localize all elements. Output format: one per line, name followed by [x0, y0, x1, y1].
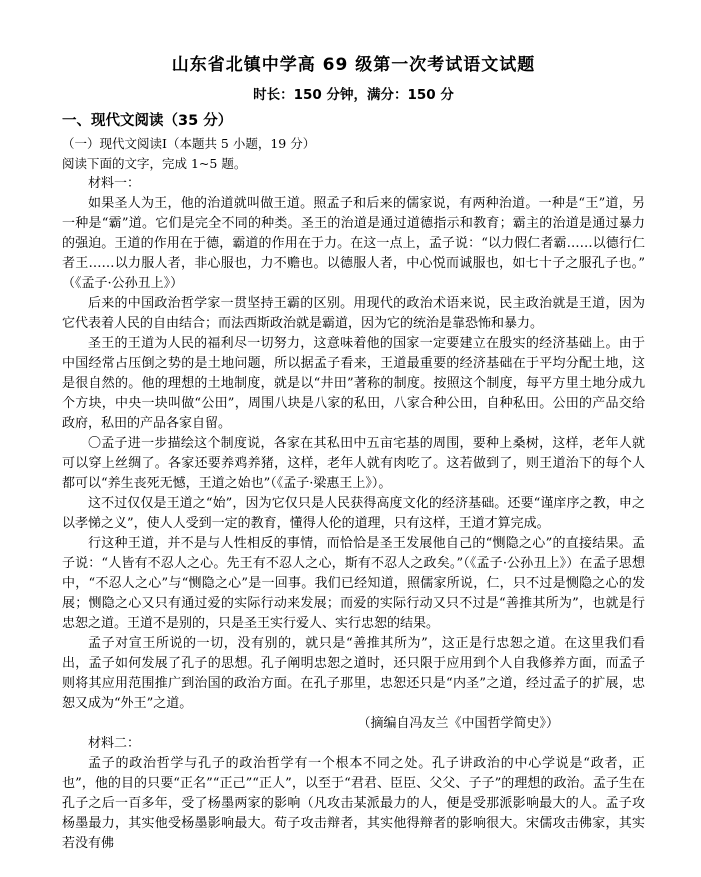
paragraph: 这不过仅仅是王道之“始”，因为它仅只是人民获得高度文化的经济基础。还要“谨庠序之…	[62, 494, 645, 534]
exam-duration-score: 时长：150 分钟，满分：150 分	[62, 83, 645, 103]
material-one-body: 如果圣人为王，他的治道就叫做王道。照孟子和后来的儒家说，有两种治道。一种是“王”…	[62, 194, 645, 714]
section-one-heading: 一、现代文阅读（35 分）	[62, 110, 645, 132]
material-one-label: 材料一：	[62, 174, 645, 194]
paragraph: 如果圣人为王，他的治道就叫做王道。照孟子和后来的儒家说，有两种治道。一种是“王”…	[62, 194, 645, 294]
material-one-attribution: （摘编自冯友兰《中国哲学简史》）	[62, 714, 645, 734]
reading-instruction: 阅读下面的文字，完成 1~5 题。	[62, 154, 645, 174]
paragraph: 孟子的政治哲学与孔子的政治哲学有一个根本不同之处。孔子讲政治的中心学说是“政者，…	[62, 754, 645, 854]
section-one-subheading: （一）现代文阅读Ⅰ（本题共 5 小题，19 分）	[62, 134, 645, 154]
paragraph: 后来的中国政治哲学家一贯坚持王霸的区别。用现代的政治术语来说，民主政治就是王道，…	[62, 294, 645, 334]
exam-title: 山东省北镇中学高 69 级第一次考试语文试题	[62, 50, 645, 75]
exam-document-page: 山东省北镇中学高 69 级第一次考试语文试题 时长：150 分钟，满分：150 …	[0, 0, 701, 877]
paragraph: 圣王的王道为人民的福利尽一切努力，这意味着他的国家一定要建立在殷实的经济基础上。…	[62, 334, 645, 434]
paragraph: 行这种王道，并不是与人性相反的事情，而恰恰是圣王发展他自己的“恻隐之心”的直接结…	[62, 534, 645, 634]
paragraph: 孟子对宣王所说的一切，没有别的，就只是“善推其所为”，这正是行忠恕之道。在这里我…	[62, 634, 645, 714]
material-two-label: 材料二：	[62, 734, 645, 754]
paragraph: 〇孟子进一步描绘这个制度说，各家在其私田中五亩宅基的周围，要种上桑树，这样，老年…	[62, 434, 645, 494]
material-two-body: 孟子的政治哲学与孔子的政治哲学有一个根本不同之处。孔子讲政治的中心学说是“政者，…	[62, 754, 645, 854]
